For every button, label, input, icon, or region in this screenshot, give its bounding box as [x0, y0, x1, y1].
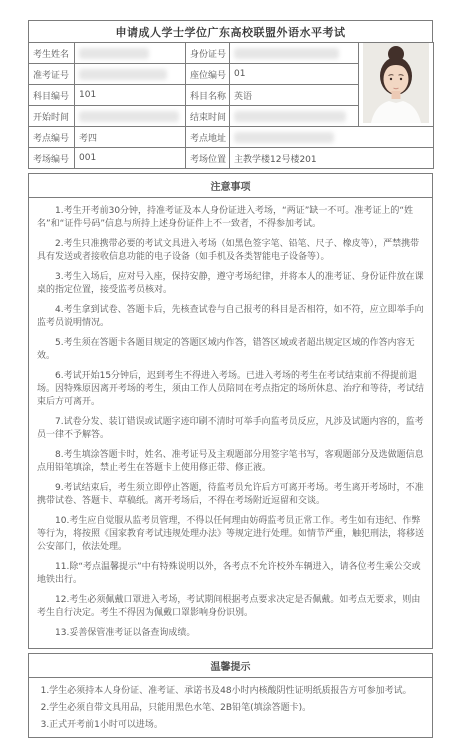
- value-subject-code: 101: [75, 85, 186, 106]
- candidate-id-photo: [363, 43, 429, 123]
- value-site-code: 考四: [75, 127, 186, 148]
- label-site-address: 考点地址: [186, 127, 230, 148]
- notice-item: 9.考试结束后，考生须立即停止答题，待监考员允许后方可离开考场。考生离开考场时，…: [37, 482, 424, 508]
- value-site-address: [230, 127, 434, 148]
- label-room-location: 考场位置: [186, 148, 230, 169]
- notice-item: 12.考生必须佩戴口罩进入考场，考试期间根据考点要求决定是否佩戴。如考点无要求，…: [37, 594, 424, 620]
- value-subject-name: 英语: [230, 85, 359, 106]
- value-id-number: [230, 43, 359, 64]
- candidate-photo-cell: [359, 43, 434, 127]
- value-ticket-number: [75, 64, 186, 85]
- admission-ticket: 申请成人学士学位广东高校联盟外语水平考试 考生姓名 身份证号: [28, 20, 433, 738]
- label-id-number: 身份证号: [186, 43, 230, 64]
- value-end-time: [230, 106, 359, 127]
- redacted-value: [234, 132, 334, 143]
- value-room-code: 001: [75, 148, 186, 169]
- label-start-time: 开始时间: [29, 106, 75, 127]
- label-subject-code: 科目编号: [29, 85, 75, 106]
- redacted-value: [234, 111, 346, 122]
- value-candidate-name: [75, 43, 186, 64]
- candidate-info-table: 考生姓名 身份证号: [28, 42, 434, 169]
- notice-item: 8.考生填涂答题卡时，姓名、准考证号及主观题部分用签字笔书写，客观题部分及选做题…: [37, 449, 424, 475]
- notice-section: 注意事项 1.考生开考前30分钟，持准考证及本人身份证进入考场，“两证”缺一不可…: [28, 173, 433, 649]
- notice-item: 11.除“考点温馨提示”中有特殊说明以外，各考点不允许校外车辆进入，请各位考生乘…: [37, 561, 424, 587]
- label-ticket-number: 准考证号: [29, 64, 75, 85]
- redacted-value: [234, 48, 339, 59]
- notice-item: 6.考试开始15分钟后，迟到考生不得进入考场。已进入考场的考生在考试结束前不得提…: [37, 370, 424, 409]
- value-start-time: [75, 106, 186, 127]
- label-site-code: 考点编号: [29, 127, 75, 148]
- notice-item: 4.考生拿到试卷、答题卡后，先核查试卷与自己报考的科目是否相符，如不符，应立即举…: [37, 304, 424, 330]
- redacted-value: [79, 111, 179, 122]
- notice-item: 10.考生应自觉服从监考员管理，不得以任何理由妨碍监考员正常工作。考生如有违纪、…: [37, 515, 424, 554]
- notice-item: 7.试卷分发、装订错误或试题字迹印刷不清时可举手向监考员反应，凡涉及试题内容的，…: [37, 416, 424, 442]
- tip-item: 2.学生必须自带文具用品，只能用黑色水笔、2B铅笔(填涂答题卡)。: [37, 702, 424, 715]
- notice-item: 1.考生开考前30分钟，持准考证及本人身份证进入考场，“两证”缺一不可。准考证上…: [37, 205, 424, 231]
- label-candidate-name: 考生姓名: [29, 43, 75, 64]
- redacted-value: [79, 48, 149, 59]
- tips-body: 1.学生必须持本人身份证、准考证、承诺书及48小时内核酸阴性证明纸质报告方可参加…: [29, 678, 432, 737]
- redacted-value: [79, 69, 167, 80]
- notice-body: 1.考生开考前30分钟，持准考证及本人身份证进入考场，“两证”缺一不可。准考证上…: [29, 198, 432, 648]
- value-seat-number: 01: [230, 64, 359, 85]
- notice-item: 5.考生须在答题卡各题目规定的答题区域内作答，错答区域或者超出规定区域的作答内容…: [37, 337, 424, 363]
- notice-item: 3.考生入场后，应对号入座，保持安静，遵守考场纪律，并将本人的准考证、身份证件放…: [37, 271, 424, 297]
- label-seat-number: 座位编号: [186, 64, 230, 85]
- tips-section: 温馨提示 1.学生必须持本人身份证、准考证、承诺书及48小时内核酸阴性证明纸质报…: [28, 653, 433, 738]
- notice-header: 注意事项: [29, 174, 432, 198]
- value-room-location: 主教学楼12号楼201: [230, 148, 434, 169]
- table-row: 考场编号 001 考场位置 主教学楼12号楼201: [29, 148, 434, 169]
- label-subject-name: 科目名称: [186, 85, 230, 106]
- tips-header: 温馨提示: [29, 654, 432, 678]
- label-end-time: 结束时间: [186, 106, 230, 127]
- tip-item: 3.正式开考前1小时可以进场。: [37, 719, 424, 732]
- table-row: 考点编号 考四 考点地址: [29, 127, 434, 148]
- notice-item: 2.考生只准携带必要的考试文具进入考场（如黑色签字笔、铅笔、尺子、橡皮等），严禁…: [37, 238, 424, 264]
- label-room-code: 考场编号: [29, 148, 75, 169]
- notice-item: 13.妥善保管准考证以备查询成绩。: [37, 627, 424, 640]
- table-row: 考生姓名 身份证号: [29, 43, 434, 64]
- tip-item: 1.学生必须持本人身份证、准考证、承诺书及48小时内核酸阴性证明纸质报告方可参加…: [37, 685, 424, 698]
- exam-title: 申请成人学士学位广东高校联盟外语水平考试: [28, 20, 433, 43]
